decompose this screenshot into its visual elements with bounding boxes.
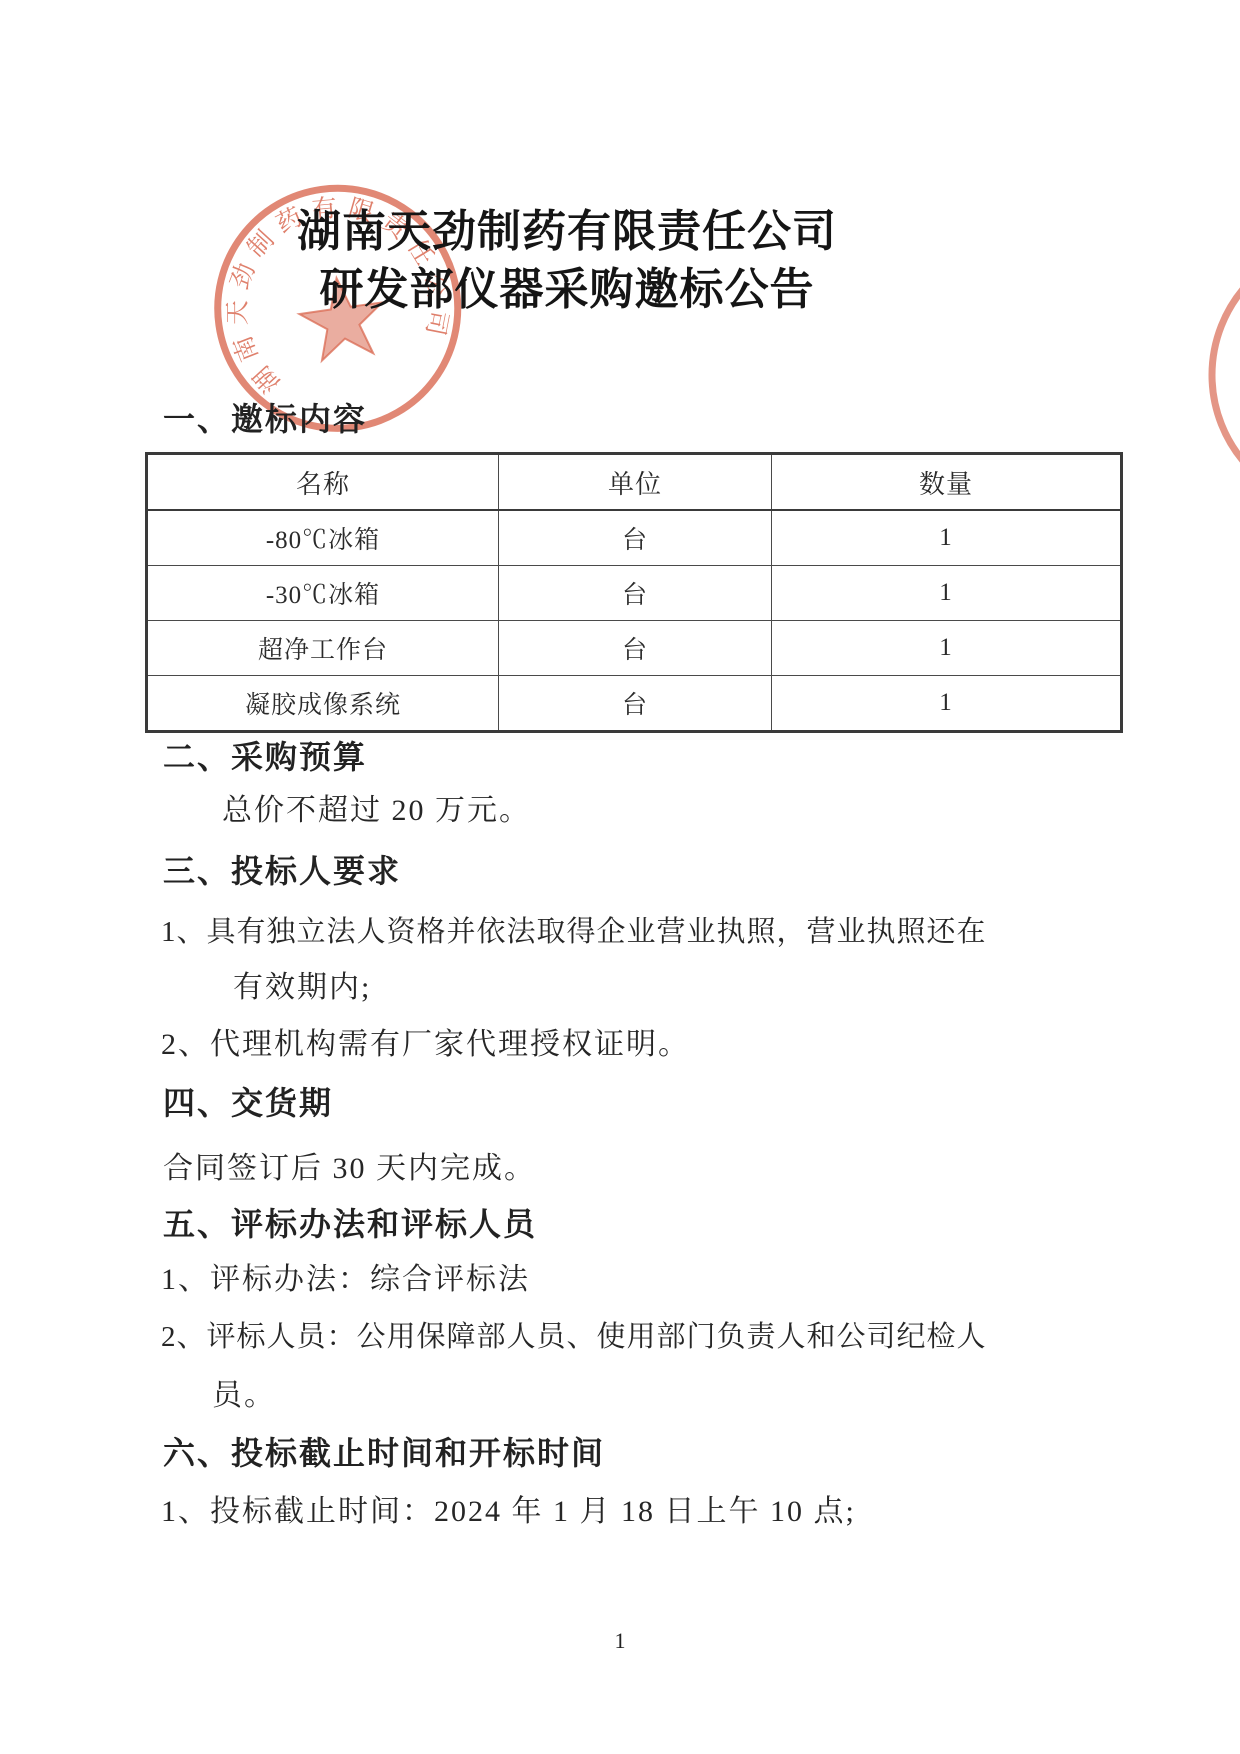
item-name: -30℃冰箱 <box>147 566 499 621</box>
evaluation-staff-line2: 员。 <box>212 1379 276 1414</box>
table-row: 超净工作台 台 1 <box>147 621 1122 676</box>
invitation-items-table: 名称 单位 数量 -80℃冰箱 台 1 -30℃冰箱 台 1 超净工作台 台 1… <box>145 452 1123 733</box>
table-row: 凝胶成像系统 台 1 <box>147 676 1122 732</box>
document-page: 湖南天劲制药有限责任公司 湖南天劲制药有限责任公司 研发部仪器采购邀标公告 一、… <box>0 0 1240 1754</box>
item-quantity: 1 <box>772 621 1122 676</box>
edge-seal-fragment <box>1190 240 1240 520</box>
section2-heading: 二、采购预算 <box>163 740 367 775</box>
item-name: 凝胶成像系统 <box>147 676 499 732</box>
col-header-unit: 单位 <box>499 454 772 511</box>
evaluation-staff-line1: 2、评标人员：公用保障部人员、使用部门负责人和公司纪检人 <box>161 1321 987 1354</box>
bidder-requirement-1-line2: 有效期内; <box>233 971 371 1006</box>
budget-text: 总价不超过 20 万元。 <box>222 794 531 829</box>
bidder-requirement-2: 2、代理机构需有厂家代理授权证明。 <box>161 1028 690 1063</box>
item-quantity: 1 <box>772 676 1122 732</box>
section6-heading: 六、投标截止时间和开标时间 <box>163 1436 605 1471</box>
bid-deadline-text: 1、投标截止时间：2024 年 1 月 18 日上午 10 点; <box>161 1495 856 1530</box>
document-title-line2: 研发部仪器采购邀标公告 <box>0 264 1134 317</box>
item-quantity: 1 <box>772 566 1122 621</box>
table-row: -80℃冰箱 台 1 <box>147 510 1122 566</box>
table-row: -30℃冰箱 台 1 <box>147 566 1122 621</box>
section1-heading: 一、邀标内容 <box>163 402 367 437</box>
bidder-requirement-1-line1: 1、具有独立法人资格并依法取得企业营业执照，营业执照还在 <box>161 916 987 949</box>
item-name: 超净工作台 <box>147 621 499 676</box>
evaluation-method-text: 1、评标办法：综合评标法 <box>161 1263 530 1298</box>
col-header-name: 名称 <box>147 454 499 511</box>
section3-heading: 三、投标人要求 <box>163 854 401 889</box>
col-header-quantity: 数量 <box>772 454 1122 511</box>
item-quantity: 1 <box>772 510 1122 566</box>
table-header-row: 名称 单位 数量 <box>147 454 1122 511</box>
edge-seal-ring <box>1212 241 1240 509</box>
document-title-line1: 湖南天劲制药有限责任公司 <box>0 206 1134 259</box>
item-unit: 台 <box>499 510 772 566</box>
item-name: -80℃冰箱 <box>147 510 499 566</box>
section5-heading: 五、评标办法和评标人员 <box>163 1207 537 1242</box>
section4-heading: 四、交货期 <box>163 1086 333 1121</box>
page-number: 1 <box>0 1628 1240 1654</box>
item-unit: 台 <box>499 676 772 732</box>
delivery-period-text: 合同签订后 30 天内完成。 <box>163 1152 536 1187</box>
item-unit: 台 <box>499 621 772 676</box>
item-unit: 台 <box>499 566 772 621</box>
